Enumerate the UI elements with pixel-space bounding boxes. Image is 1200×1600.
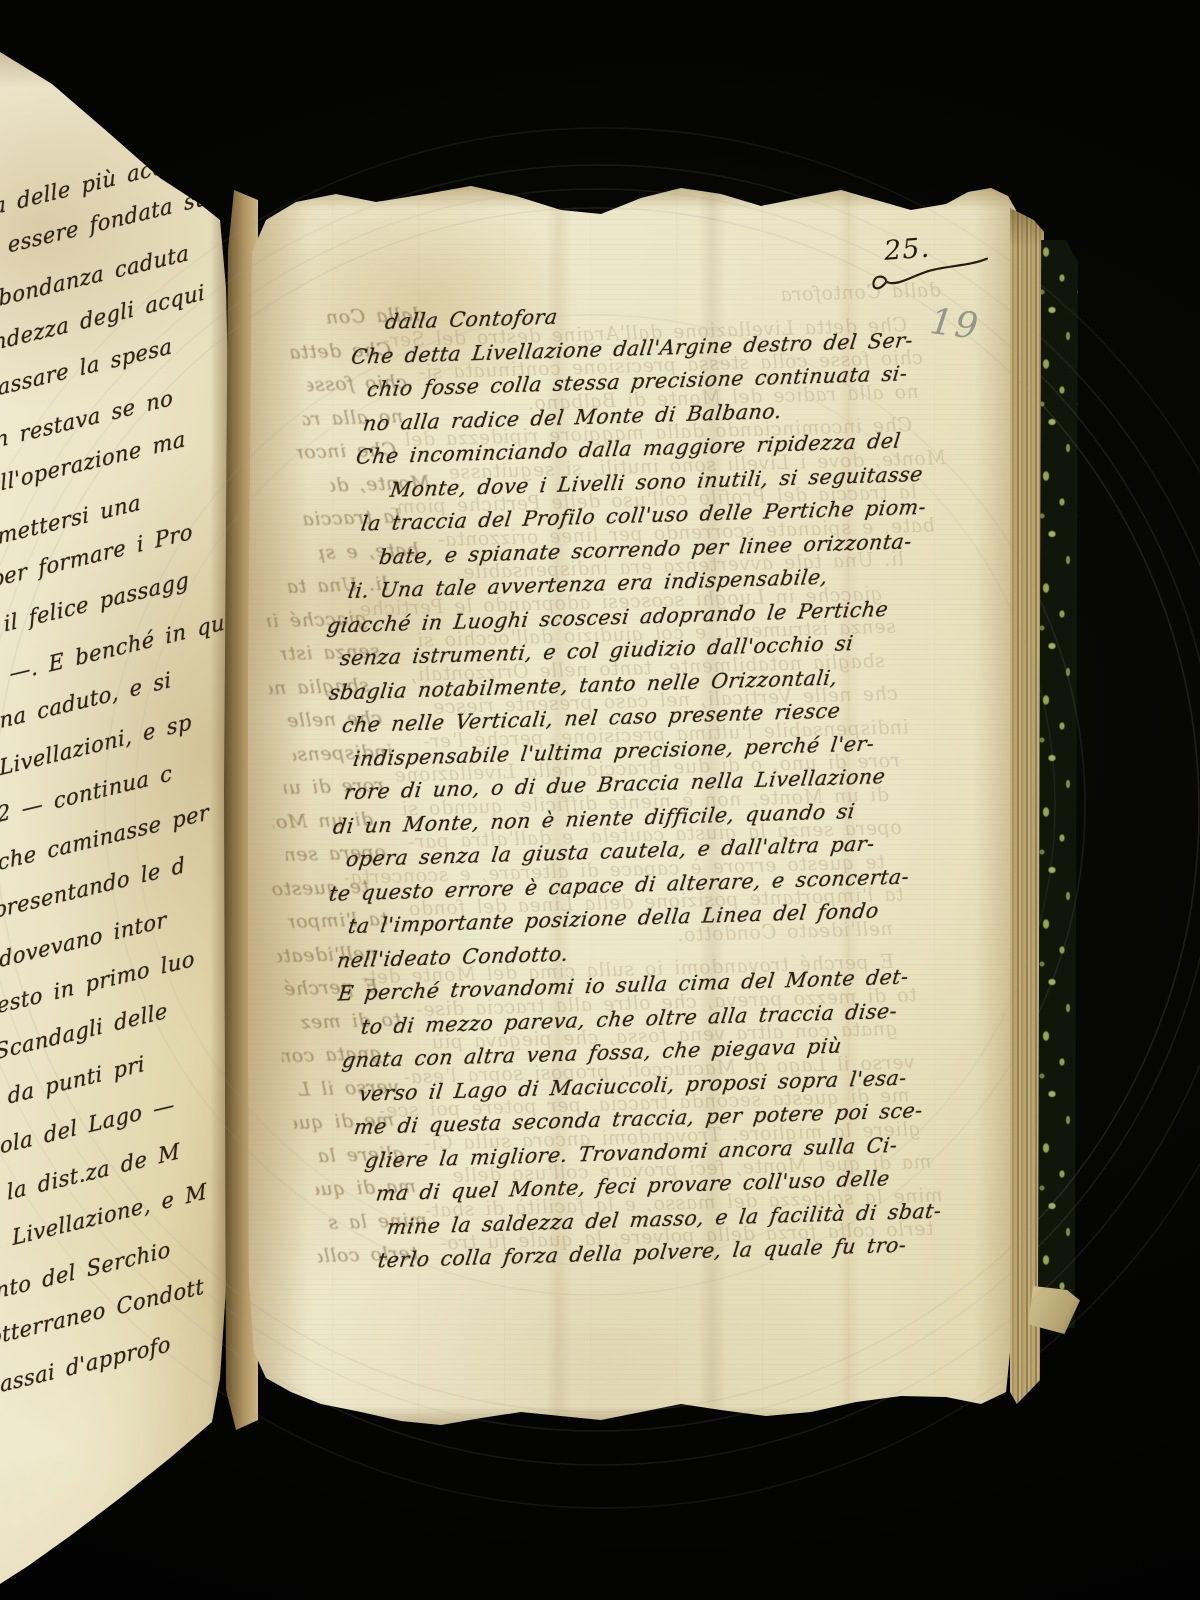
left-page: za delle più accertate per essere fondat… <box>0 48 236 1592</box>
folio-number-ink: 25. <box>883 228 995 267</box>
manuscript-text-block: dalla Contofora dalla Contofora dalla Co… <box>310 293 985 1302</box>
manuscript-photo: za delle più accertate per essere fondat… <box>0 0 1200 1600</box>
marbled-cover-edge <box>1038 240 1078 1328</box>
manuscript-text-line: terlo colla forza della polvere, la qual… <box>378 1233 907 1279</box>
right-page: 25. 19 dalla Contofora dalla Contofora d… <box>246 182 1016 1430</box>
